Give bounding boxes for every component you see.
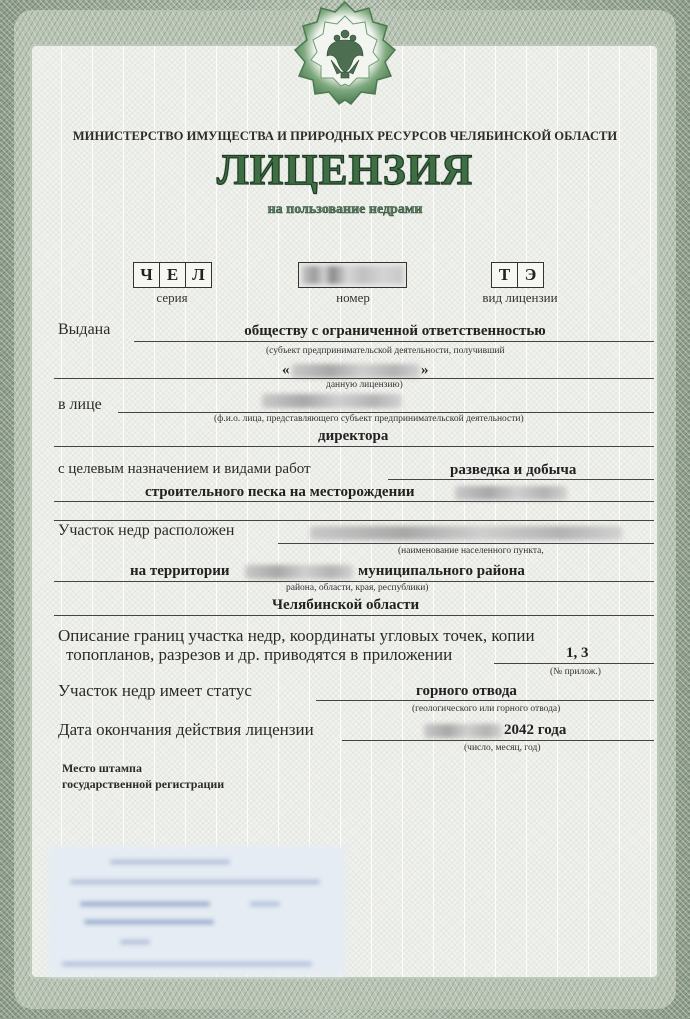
location-label: Участок недр расположен bbox=[58, 522, 234, 540]
status-line bbox=[316, 700, 654, 701]
issued-to-value: обществу с ограниченной ответственностью bbox=[0, 323, 690, 340]
purpose-label: с целевым назначением и видами работ bbox=[58, 461, 311, 478]
company-quote-close: » bbox=[421, 362, 429, 379]
boundaries-label-2: топопланов, разрезов и др. приводятся в … bbox=[66, 645, 452, 665]
series-char: Е bbox=[159, 262, 185, 288]
stamp-label-line-1: Место штампа bbox=[62, 760, 224, 776]
region-value: Челябинской области bbox=[272, 597, 419, 614]
representative-name-redacted bbox=[262, 394, 402, 408]
coat-of-arms-russia-icon bbox=[287, 0, 403, 110]
license-type-boxes: Т Э bbox=[491, 262, 544, 288]
appendix-number: 1, 3 bbox=[566, 645, 589, 662]
stamp-place-label: Место штампа государственной регистрации bbox=[62, 760, 224, 792]
registration-stamp-redacted bbox=[48, 846, 346, 976]
territory-prefix: на территории bbox=[130, 563, 230, 580]
issued-to-line bbox=[134, 341, 654, 342]
district-redacted bbox=[245, 565, 353, 579]
expiry-year: 2042 года bbox=[504, 722, 566, 739]
location-line-1 bbox=[278, 543, 654, 544]
boundaries-label-1: Описание границ участка недр, координаты… bbox=[58, 626, 535, 646]
series-char: Ч bbox=[133, 262, 159, 288]
settlement-redacted bbox=[310, 526, 622, 540]
number-caption: номер bbox=[298, 290, 408, 306]
license-type-char: Т bbox=[491, 262, 517, 288]
purpose-line-1 bbox=[388, 479, 654, 480]
purpose-value-2: строительного песка на месторождении bbox=[145, 484, 415, 501]
territory-suffix: муниципального района bbox=[358, 563, 525, 580]
ministry-name: МИНИСТЕРСТВО ИМУЩЕСТВА И ПРИРОДНЫХ РЕСУР… bbox=[0, 129, 690, 144]
expiry-line bbox=[342, 740, 654, 741]
location-hint-1: (наименование населенного пункта, bbox=[398, 546, 544, 556]
series-boxes: Ч Е Л bbox=[133, 262, 212, 288]
series-caption: серия bbox=[133, 290, 211, 306]
company-quote-open: « bbox=[282, 362, 290, 379]
deposit-name-redacted bbox=[455, 486, 567, 500]
represented-by-hint: (ф.и.о. лица, представляющего субъект пр… bbox=[214, 414, 524, 424]
appendix-line bbox=[494, 663, 654, 664]
purpose-line-2 bbox=[54, 501, 654, 502]
status-hint: (геологического или горного отвода) bbox=[412, 704, 560, 714]
stamp-label-line-2: государственной регистрации bbox=[62, 776, 224, 792]
purpose-value-1: разведка и добыча bbox=[450, 462, 576, 479]
status-label: Участок недр имеет статус bbox=[58, 681, 252, 701]
license-type-caption: вид лицензии bbox=[470, 290, 570, 306]
appendix-hint: (№ прилож.) bbox=[550, 667, 601, 677]
series-char: Л bbox=[185, 262, 212, 288]
status-value: горного отвода bbox=[416, 683, 517, 700]
issued-to-hint: (субъект предпринимательской деятельност… bbox=[266, 346, 505, 356]
location-hint-2: района, области, края, республики) bbox=[286, 583, 428, 593]
expiry-hint: (число, месяц, год) bbox=[464, 743, 541, 753]
expiry-label: Дата окончания действия лицензии bbox=[58, 720, 314, 740]
represented-by-label: в лице bbox=[58, 396, 102, 414]
position-line bbox=[54, 446, 654, 447]
company-hint: данную лицензию) bbox=[326, 380, 403, 390]
representative-position: директора bbox=[318, 428, 388, 445]
region-line bbox=[54, 615, 654, 616]
document-title: ЛИЦЕНЗИЯ bbox=[0, 147, 690, 195]
document-subtitle: на пользование недрами bbox=[0, 202, 690, 218]
license-type-char: Э bbox=[517, 262, 544, 288]
license-number-redacted bbox=[298, 262, 407, 288]
expiry-day-month-redacted bbox=[424, 724, 502, 738]
company-name-redacted bbox=[292, 364, 420, 378]
